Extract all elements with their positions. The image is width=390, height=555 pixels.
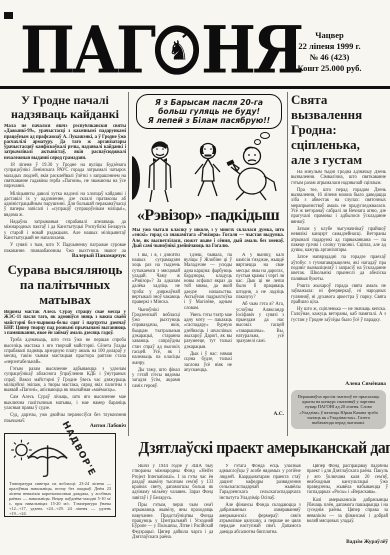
article-columns: І вы, і я, і дзясяткі нашых суграмадзян … xyxy=(132,253,284,421)
article-paragraph: На мінулым тыдні Гродна адзначыў Дзень в… xyxy=(291,170,386,186)
article-paragraph: Затым у клубе чыгуначнікаў прайшоў невял… xyxy=(291,227,386,253)
headline-line: сціпленька, xyxy=(291,137,360,152)
center-column: Я з Барысам пасля 20-га больш гуляць не … xyxy=(132,92,284,421)
article-paragraph: Міліцыянты даволі хутка надзелі на хлопц… xyxy=(4,192,126,218)
article-headline: Сурава высяляюць па палітычных матывах xyxy=(4,262,126,307)
article-columns: Яшчэ ў 1944 годзе ў ЗША быў створаны між… xyxy=(132,464,388,548)
headline-line: матывах xyxy=(39,292,91,307)
headline-line: надзяваць кайданкі xyxy=(11,107,119,121)
article-column: У гэтага Фонда ёсць уласныя адмыслоўцы ў… xyxy=(219,464,300,548)
article-paragraph: Чыноўнікі Гродзенскай вобласці ўжо рыхту… xyxy=(132,308,180,366)
headline-line: Сурава высяляюць xyxy=(8,262,123,277)
article-paragraph: Цяпер Фонд распрацаваў падобны праект і … xyxy=(307,464,388,496)
article-paragraph: У сувязі з тым, што У. Падчыненку паграж… xyxy=(4,243,126,252)
article-body: На мінулым тыдні Гродна адзначыў Дзень в… xyxy=(291,170,386,380)
article-paragraph: Ну што ж, сціпленька — не значыць кепска… xyxy=(291,307,386,323)
headline-line: але з густам xyxy=(291,152,362,167)
column-divider xyxy=(287,92,288,436)
speech-line: Я з Барысам пасля 20-га xyxy=(155,98,263,107)
cartoon-speech-bubble: Я з Барысам пасля 20-га больш гуляць не … xyxy=(136,94,282,129)
article-paragraph: У гэтага Фонда ёсць уласныя адмыслоўцы ў… xyxy=(219,464,300,501)
article-lead: Мала не пачаліся яшчэ рэспубліканскія св… xyxy=(4,124,126,161)
article-headline: «Рэвізор» -падкідыш xyxy=(132,207,284,225)
headline-line: Гродна: xyxy=(291,122,337,137)
headline-line: па палітычных xyxy=(20,277,110,292)
issue-number: № 46 (423) xyxy=(277,52,382,63)
issue-price: Кошт 25.000 руб. xyxy=(277,63,382,74)
headline-line: Свята xyxy=(291,92,327,107)
masthead: ПАГ ♞ НЯ xyxy=(20,14,282,86)
article-paragraph: Трэба адзначыць, што гэта ўжо не першая … xyxy=(4,338,126,364)
speech-line: Я лепей з Білам пасябрую!! xyxy=(148,116,270,125)
pahonia-horseman-icon: ♞ xyxy=(154,24,200,76)
article-paragraph: Сам Алесь Сураў лічыць, што яго высяленн… xyxy=(4,395,126,411)
article-column: Яшчэ ў 1944 годзе ў ЗША быў створаны між… xyxy=(132,464,213,548)
article-body: Мала не пачаліся яшчэ рэспубліканскія св… xyxy=(4,124,126,252)
political-cartoon: Я з Барысам пасля 20-га больш гуляць не … xyxy=(132,92,284,205)
article-lead: Мы ўжо чыталі класіку ў школе, і ў многі… xyxy=(132,228,284,250)
article-paragraph: Але фінансы Фонда складаюцца з дабрачынн… xyxy=(219,503,300,535)
article-paragraph: 18 ліпеня ў 19.30 у Гродне на вуліцы Буд… xyxy=(4,163,126,189)
headline-line: У Гродне пачалі xyxy=(21,93,109,107)
column-divider xyxy=(128,92,129,436)
left-column: У Гродне пачалі надзяваць кайданкі Мала … xyxy=(4,94,126,517)
article-headline: Свята вызвалення Гродна: сціпленька, але… xyxy=(291,92,386,167)
article-column: А ў выніку, калі камісія з'язджае, жыццё… xyxy=(236,253,284,421)
headline-line: вызвалення xyxy=(291,107,362,122)
article-headline: Дзятлаўскі праект амерыканскай дапамогі xyxy=(138,438,379,458)
article-paragraph: Аб чым гэта я? Ага, услоўны Аляксандр Іо… xyxy=(236,302,284,344)
article-paragraph: Пра тое, што перад горадам Дзень вызвале… xyxy=(291,188,386,225)
title-left: ПАГ xyxy=(20,18,153,83)
author-signature: Валерый Панамарчук xyxy=(4,253,126,259)
masthead-rule xyxy=(0,86,390,89)
weather-box: НАДВОР'Е Тэмпература паветра па вобласці… xyxy=(4,433,116,517)
article-column: І вы, і я, і дзясяткі нашых суграмадзян … xyxy=(132,253,180,421)
print-registration-mark xyxy=(4,12,13,19)
article-paragraph: Дык і ў нас: нямая сцэна будзе, толькі з… xyxy=(184,352,232,373)
article-paragraph: Ідзеш, бывала, па вуліцы ў Жлобіне ці ў … xyxy=(184,253,232,311)
article-paragraph: Ды таму, што фінал у гэтай п'есы вядомы … xyxy=(132,368,180,389)
article-headline: У Гродне пачалі надзяваць кайданкі xyxy=(4,94,126,121)
article-paragraph: Затое напярэдадні па горадзе праехаў аўт… xyxy=(291,255,386,281)
article-paragraph: Рэшта жыхароў горада свята амаль не заўв… xyxy=(291,284,386,305)
newspaper-front-page: ПАГ ♞ НЯ Чацвер 22 ліпеня 1999 г. № 46 (… xyxy=(0,0,390,555)
article-body: Вядомы мастак Алесь Сураў страціў сваё м… xyxy=(4,310,126,422)
article-column: Ідзеш, бывала, па вуліцы ў Жлобіне ці ў … xyxy=(184,253,232,421)
article-paragraph: Нядаўна затрыманыя спрабавалі апеляваць … xyxy=(4,220,126,241)
article-paragraph: І вы, і я, і дзясяткі нашых суграмадзян … xyxy=(132,253,180,306)
article-paragraph: Калі амерыканскія дабрачынцы ўбачаць плё… xyxy=(307,498,388,524)
article-paragraph: Яшчэ ў 1944 годзе ў ЗША быў створаны між… xyxy=(132,464,213,501)
newspaper-title: ПАГ ♞ НЯ xyxy=(20,18,301,83)
editorial-notice-box: Пераканаўча просім чытачоў не прысылаць … xyxy=(291,390,386,429)
article-paragraph: Пры гэтым, перш чым сем'і атрымаюць жывё… xyxy=(132,503,213,540)
author-signature: Вадзім Жураўлёў xyxy=(307,540,388,545)
article-paragraph: А ў выніку, калі камісія з'язджае, жыццё… xyxy=(236,253,284,301)
svg-text:♞: ♞ xyxy=(168,34,187,66)
weather-forecast-text: Тэмпература паветра па вобласці: 23-24 л… xyxy=(9,481,111,516)
issue-info-block: Чацвер 22 ліпеня 1999 г. № 46 (423) Кошт… xyxy=(277,30,382,74)
issue-weekday: Чацвер xyxy=(277,30,382,41)
article-paragraph: Увесь гэты тэатр мае адну мэту — паказац… xyxy=(184,313,232,350)
author-signature: А.С. xyxy=(236,412,284,417)
right-column: Свята вызвалення Гродна: сціпленька, але… xyxy=(291,92,386,429)
author-signature: Алена Сямёнава xyxy=(291,381,386,387)
article-lead: Вядомы мастак Алесь Сураў страціў сваё м… xyxy=(4,310,126,336)
issue-date: 22 ліпеня 1999 г. xyxy=(277,41,382,52)
article-paragraph: Гэтым разам высяленне адбываецца з удзел… xyxy=(4,367,126,393)
article-column: Цяпер Фонд распрацаваў падобны праект і … xyxy=(307,464,388,548)
caricature-figures-illustration xyxy=(132,136,284,209)
speech-line: больш гуляць не буду! xyxy=(158,107,260,116)
